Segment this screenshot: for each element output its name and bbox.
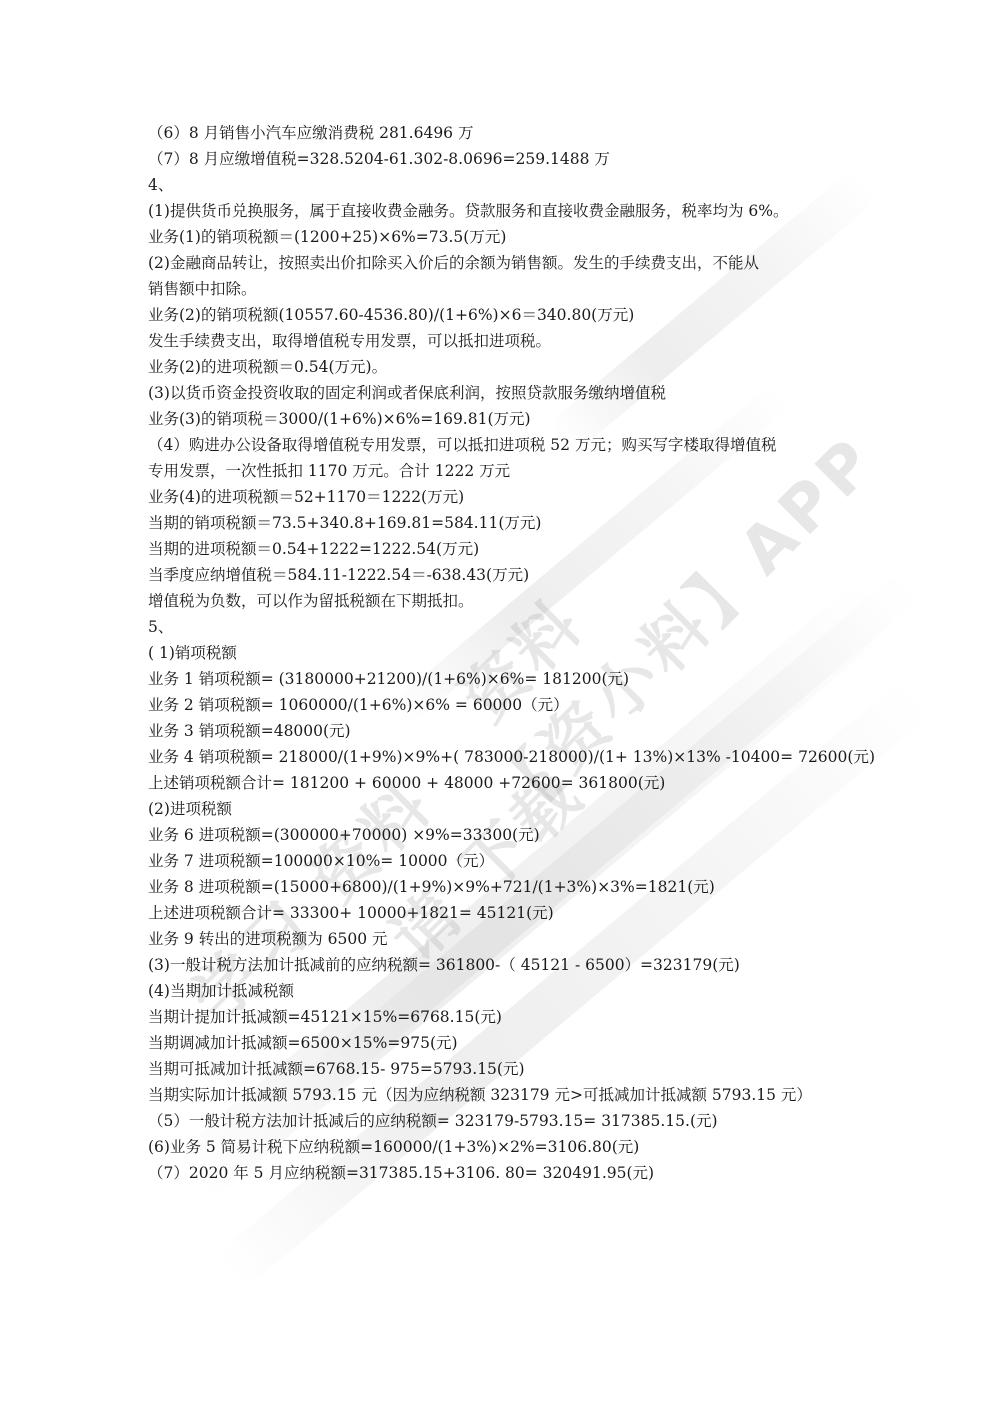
text-line: （5）一般计税方法加计抵减后的应纳税额= 323179-5793.15= 317… (148, 1108, 858, 1134)
text-line: 业务(1)的销项税额＝(1200+25)×6%=73.5(万元) (148, 224, 858, 250)
text-line: 当期的进项税额＝0.54+1222=1222.54(万元) (148, 536, 858, 562)
document-body: （6）8 月销售小汽车应缴消费税 281.6496 万 （7）8 月应缴增值税=… (148, 120, 858, 1186)
text-line: 上述销项税额合计= 181200 + 60000 + 48000 +72600=… (148, 770, 858, 796)
text-line: 业务 9 转出的进项税额为 6500 元 (148, 926, 858, 952)
text-line: 当期可抵减加计抵减额=6768.15- 975=5793.15(元) (148, 1056, 858, 1082)
text-line: （7）2020 年 5 月应纳税额=317385.15+3106. 80= 32… (148, 1160, 858, 1186)
text-line: 销售额中扣除。 (148, 276, 858, 302)
text-line: 当期计提加计抵减额=45121×15%=6768.15(元) (148, 1004, 858, 1030)
text-line: 当期实际加计抵减额 5793.15 元（因为应纳税额 323179 元>可抵减加… (148, 1082, 858, 1108)
text-line: (2)金融商品转让，按照卖出价扣除买入价后的余额为销售额。发生的手续费支出，不能… (148, 250, 858, 276)
text-line: 业务(2)的销项税额(10557.60-4536.80)/(1+6%)×6＝34… (148, 302, 858, 328)
text-line: 当期调减加计抵减额=6500×15%=975(元) (148, 1030, 858, 1056)
text-line: (3)以货币资金投资收取的固定利润或者保底利润，按照贷款服务缴纳增值税 (148, 380, 858, 406)
subsection-heading: (2)进项税额 (148, 796, 858, 822)
document-page: 学习 资料 资料 请 下载 【资小料】APP （6）8 月销售小汽车应缴消费税 … (0, 0, 993, 1404)
subsection-heading: ( 1)销项税额 (148, 640, 858, 666)
text-line: 当期的销项税额＝73.5+340.8+169.81=584.11(万元) (148, 510, 858, 536)
text-line: (6)业务 5 简易计税下应纳税额=160000/(1+3%)×2%=3106.… (148, 1134, 858, 1160)
text-line: (1)提供货币兑换服务，属于直接收费金融务。贷款服务和直接收费金融服务，税率均为… (148, 198, 858, 224)
text-line: 业务 6 进项税额=(300000+70000) ×9%=33300(元) (148, 822, 858, 848)
text-line: 发生手续费支出，取得增值税专用发票，可以抵扣进项税。 (148, 328, 858, 354)
text-line: 增值税为负数，可以作为留抵税额在下期抵扣。 (148, 588, 858, 614)
text-line: 当季度应纳增值税＝584.11-1222.54＝-638.43(万元) (148, 562, 858, 588)
text-line: (3)一般计税方法加计抵减前的应纳税额= 361800-（ 45121 - 65… (148, 952, 858, 978)
text-line: 上述进项税额合计= 33300+ 10000+1821= 45121(元) (148, 900, 858, 926)
text-line: （4）购进办公设备取得增值税专用发票，可以抵扣进项税 52 万元；购买写字楼取得… (148, 432, 858, 458)
text-line: 业务 7 进项税额=100000×10%= 10000（元） (148, 848, 858, 874)
text-line: 业务(3)的销项税＝3000/(1+6%)×6%=169.81(万元) (148, 406, 858, 432)
subsection-heading: (4)当期加计抵减税额 (148, 978, 858, 1004)
text-line: 业务 8 进项税额=(15000+6800)/(1+9%)×9%+721/(1+… (148, 874, 858, 900)
text-line: 业务 3 销项税额=48000(元) (148, 718, 858, 744)
text-line: 业务 2 销项税额= 1060000/(1+6%)×6% = 60000（元） (148, 692, 858, 718)
text-line: 专用发票，一次性抵扣 1170 万元。合计 1222 万元 (148, 458, 858, 484)
section-heading: 5、 (148, 614, 858, 640)
section-heading: 4、 (148, 172, 858, 198)
text-line: 业务(2)的进项税额＝0.54(万元)。 (148, 354, 858, 380)
text-line: （7）8 月应缴增值税=328.5204-61.302-8.0696=259.1… (148, 146, 858, 172)
text-line: （6）8 月销售小汽车应缴消费税 281.6496 万 (148, 120, 858, 146)
text-line: 业务 1 销项税额= (3180000+21200)/(1+6%)×6%= 18… (148, 666, 858, 692)
text-line: 业务 4 销项税额= 218000/(1+9%)×9%+( 783000-218… (148, 744, 858, 770)
text-line: 业务(4)的进项税额＝52+1170＝1222(万元) (148, 484, 858, 510)
